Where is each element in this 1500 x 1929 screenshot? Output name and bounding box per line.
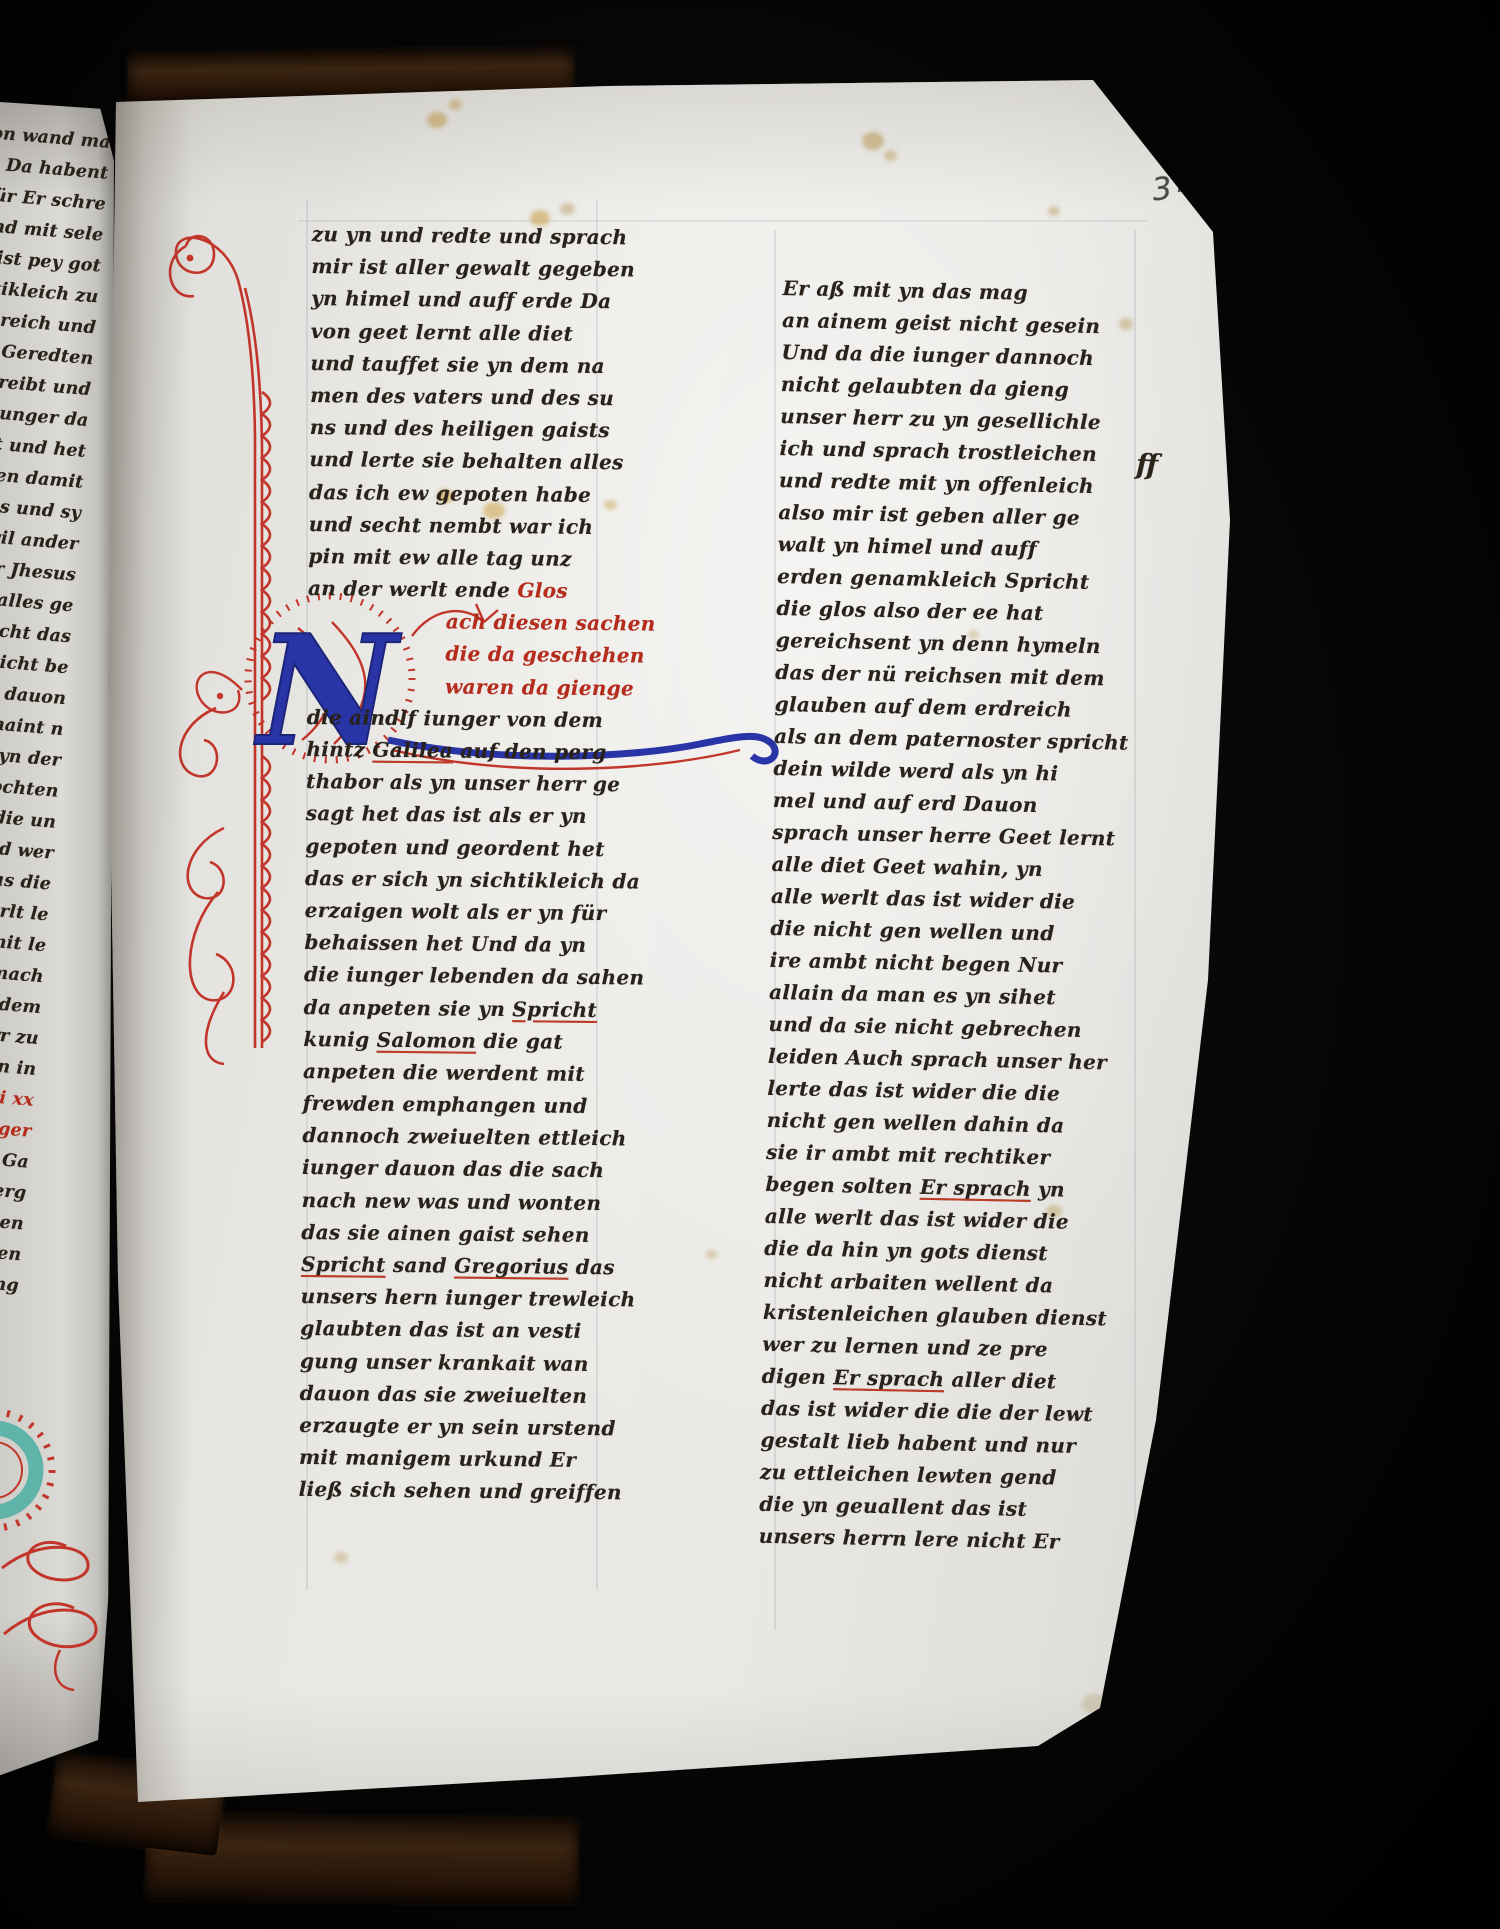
fox-spot <box>334 1552 348 1563</box>
manuscript-text-line: ns und des heiligen gaists <box>310 411 600 446</box>
red-flourish-loops <box>0 1530 110 1700</box>
manuscript-text-line: Spricht sand Gregorius das <box>301 1248 591 1283</box>
fox-spot <box>560 203 575 215</box>
manuscript-photo: lbs Dauon wand maer leb noch Da habenttt… <box>0 0 1500 1929</box>
manuscript-text-line: zu yn und redte und sprach <box>312 218 602 253</box>
manuscript-text-line: gung unser krankait wan <box>300 1345 590 1380</box>
gutter-shadow <box>108 80 192 1808</box>
manuscript-text-line: glaubten das ist an vesti <box>300 1312 590 1347</box>
right-page: N zu yn und redte und sprachmir ist alle… <box>108 80 1238 1808</box>
manuscript-text-line: waren da gienge <box>307 669 597 704</box>
manuscript-text-line: behaissen het Und da yn <box>304 926 594 961</box>
fox-spot <box>706 1250 717 1259</box>
left-page-edge: lbs Dauon wand maer leb noch Da habenttt… <box>0 102 114 1782</box>
quire-mark: ff <box>1135 448 1156 482</box>
manuscript-text-line: nach new was und wonten <box>302 1184 592 1219</box>
manuscript-text-line: kunig Salomon die gat <box>303 1023 593 1058</box>
teal-initial-fragment <box>0 1400 46 1540</box>
manuscript-text-line: und secht nembt war ich <box>309 508 599 543</box>
manuscript-text-line: mir ist aller gewalt gegeben <box>311 250 601 285</box>
manuscript-text-line: frewden emphangen und <box>303 1087 593 1122</box>
manuscript-text-line: und tauffet sie yn dem na <box>310 347 600 382</box>
manuscript-text-line: gepoten und geordent het <box>305 830 595 865</box>
manuscript-text-line: men des vaters und des su <box>310 379 600 414</box>
manuscript-text-line: das er sich yn sichtikleich da <box>305 862 595 897</box>
manuscript-text-line: yn himel und auff erde Da <box>311 282 601 317</box>
manuscript-text-line: mit manigem urkund Er <box>299 1441 589 1476</box>
manuscript-text-line: sagt het das ist als er yn <box>306 797 596 832</box>
manuscript-text-line: die da geschehen <box>307 636 597 671</box>
manuscript-text-line: anpeten die werdent mit <box>303 1055 593 1090</box>
fox-spot <box>427 112 447 128</box>
manuscript-text-line: iunger dauon das die sach <box>302 1151 592 1186</box>
manuscript-text-line: das sie ainen gaist sehen <box>301 1216 591 1251</box>
column-2-text: Er aß mit yn das magan ainem geist nicht… <box>758 272 1143 1559</box>
fox-spot <box>449 99 462 110</box>
manuscript-text-line: die aindlf iunger von dem <box>307 701 597 736</box>
manuscript-text-line: dauon das sie zweiuelten <box>300 1377 590 1412</box>
manuscript-text-line: pin mit ew alle tag unz <box>308 540 598 575</box>
folio-number: 347 <box>1150 164 1228 209</box>
manuscript-text-line: und lerte sie behalten alles <box>309 443 599 478</box>
manuscript-text-line: erzaugte er yn sein urstend <box>299 1409 589 1444</box>
column-1-text: zu yn und redte und sprachmir ist aller … <box>299 218 602 1508</box>
manuscript-text-line: thabor als yn unser herr ge <box>306 765 596 800</box>
page-top-shading <box>108 80 1238 210</box>
manuscript-text-line: erzaigen wolt als er yn für <box>305 894 595 929</box>
manuscript-text-line: an der werlt ende Glos <box>308 572 598 607</box>
manuscript-text-line: dannoch zweiuelten ettleich <box>302 1119 592 1154</box>
manuscript-text-line: unsers hern iunger trewleich <box>301 1280 591 1315</box>
manuscript-text-line: hintz Galilea auf den perg <box>306 733 596 768</box>
page-bottom-shading <box>108 1688 1238 1808</box>
manuscript-text-line: die iunger lebenden da sahen <box>304 958 594 993</box>
manuscript-text-line: da anpeten sie yn Spricht <box>304 990 594 1025</box>
fox-spot <box>604 500 617 510</box>
manuscript-text-line: ließ sich sehen und greiffen <box>299 1473 589 1508</box>
fox-spot <box>1082 1694 1108 1714</box>
manuscript-text-line: das ich ew gepoten habe <box>309 475 599 510</box>
fox-spot <box>884 150 897 161</box>
manuscript-text-line: unsers herrn lere nicht Er <box>758 1520 1119 1559</box>
manuscript-text-line: ach diesen sachen <box>308 604 598 639</box>
fox-spot <box>1048 206 1060 216</box>
fox-spot <box>862 132 884 150</box>
manuscript-text-line: von geet lernt alle diet <box>311 315 601 350</box>
